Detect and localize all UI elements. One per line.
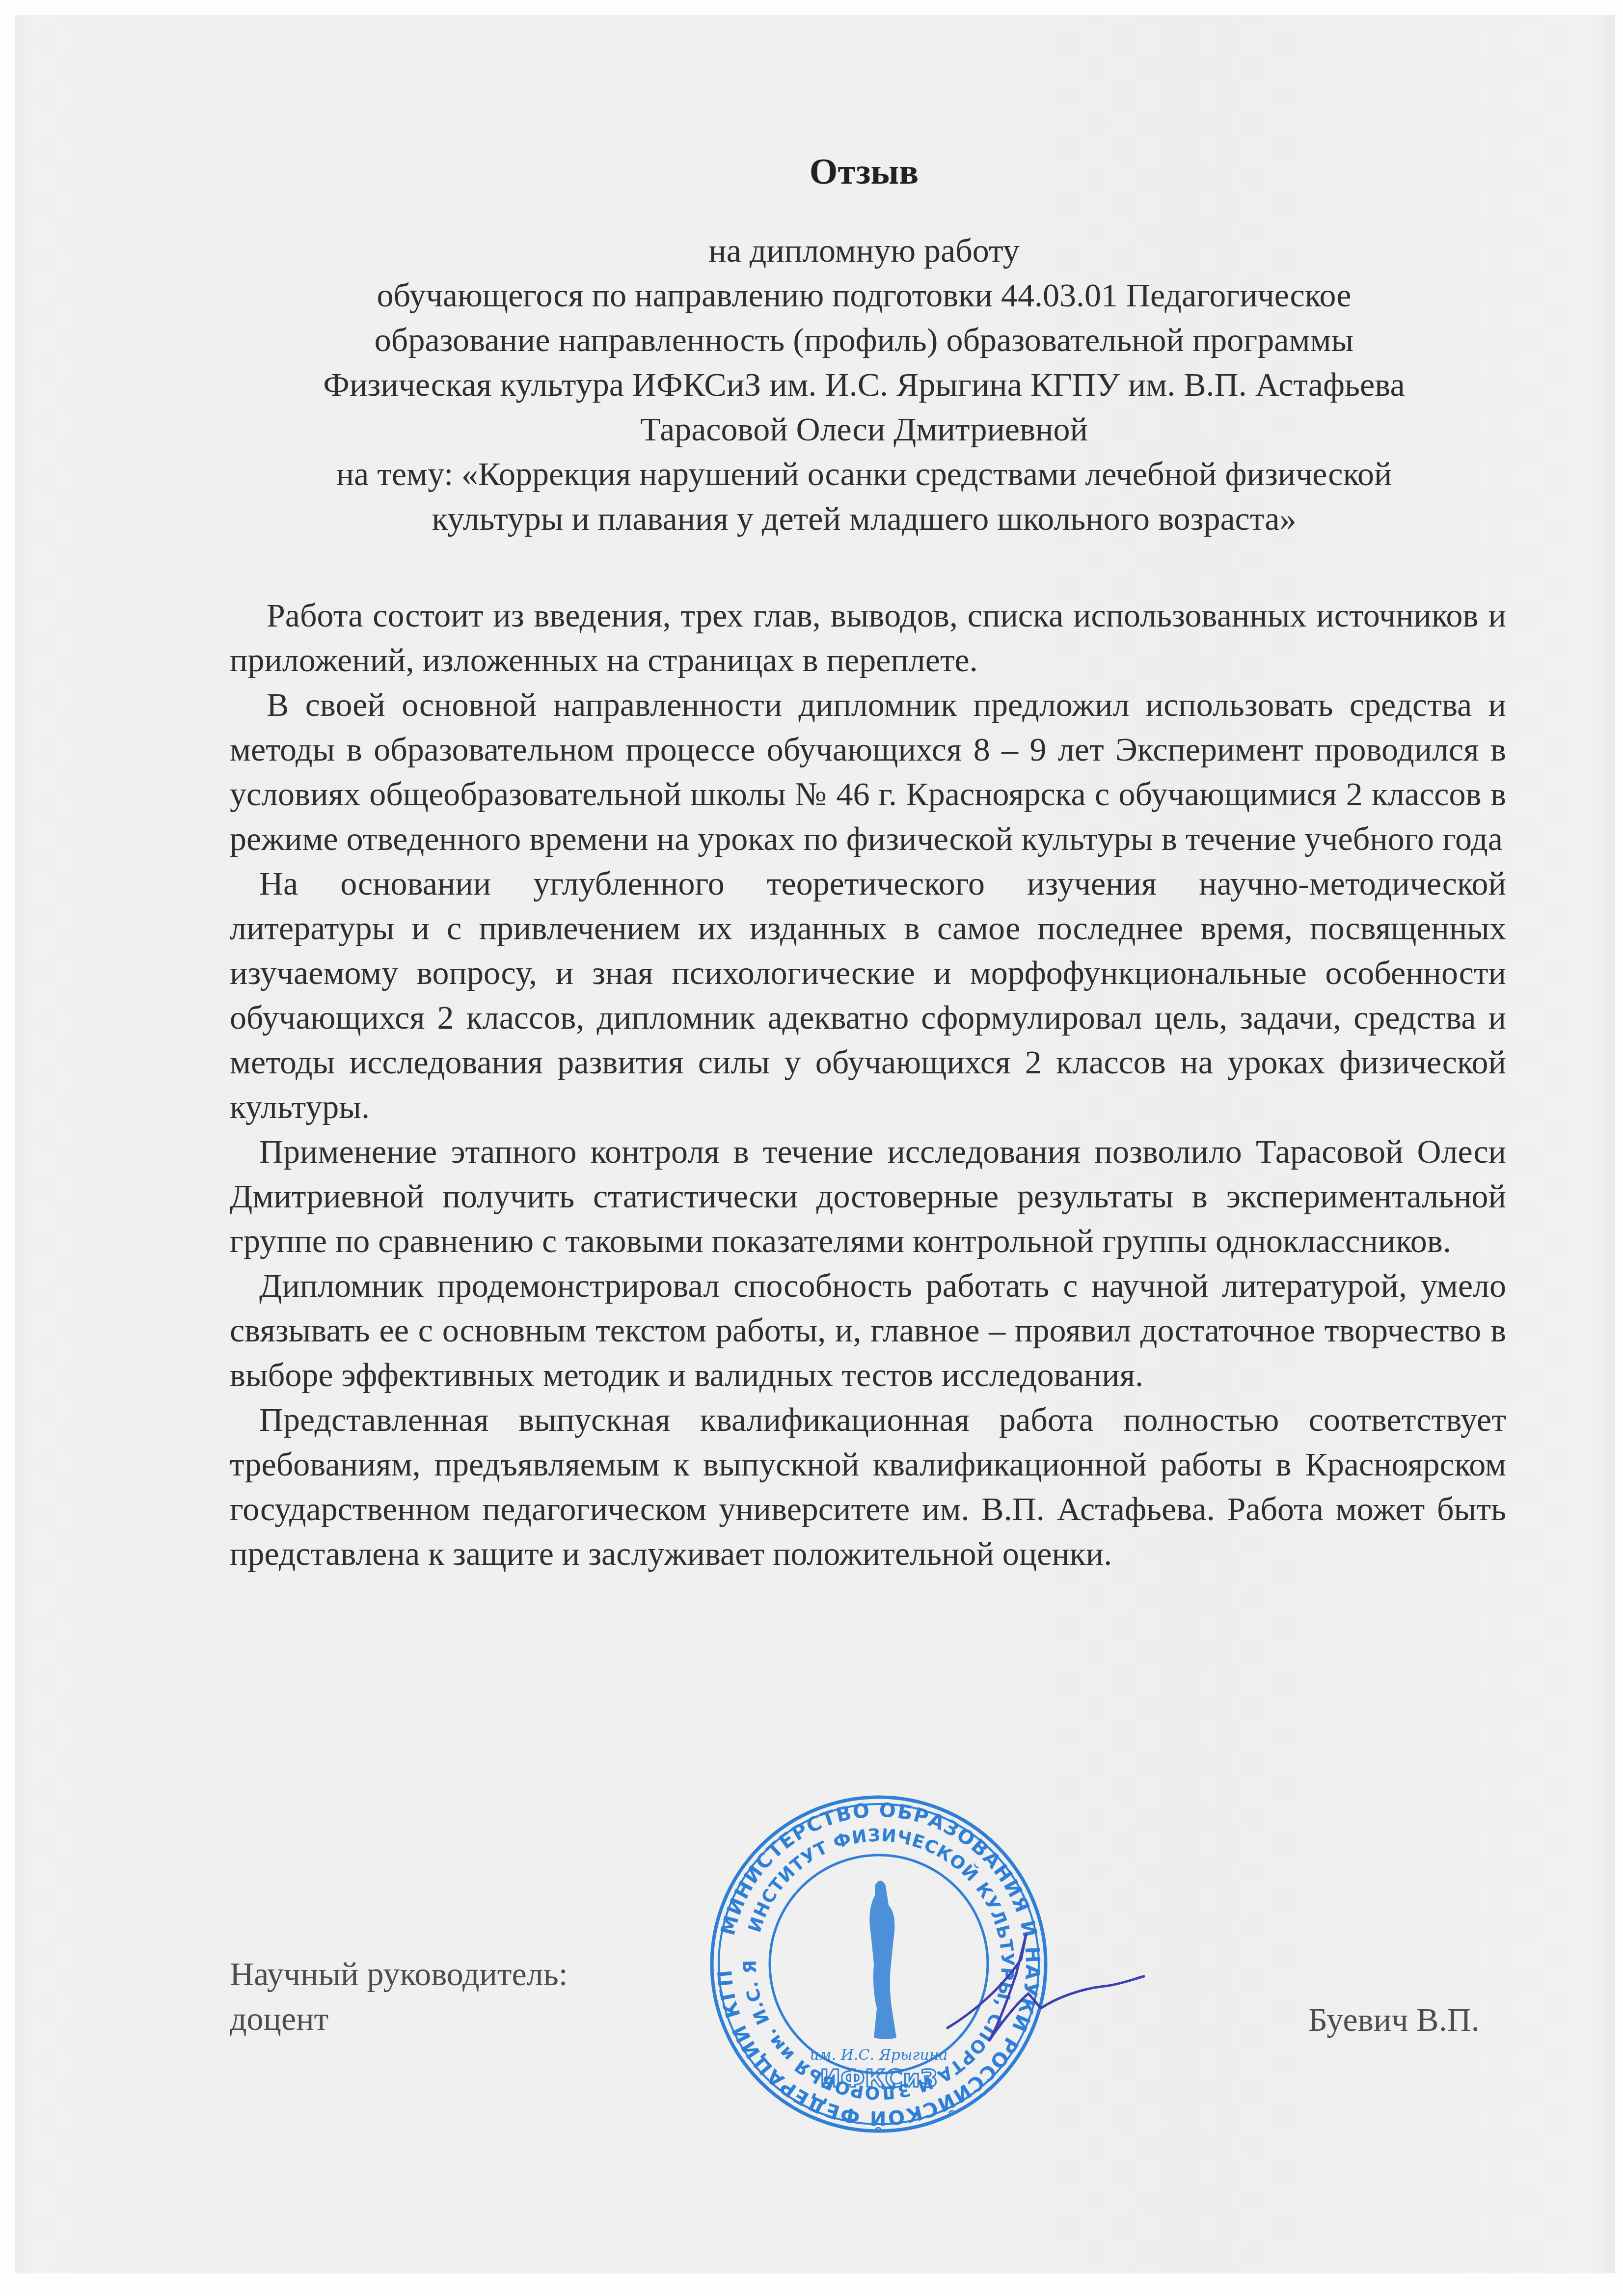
header-line: образование направленность (профиль) обр… — [211, 318, 1517, 362]
header-line: на дипломную работу — [211, 228, 1517, 273]
paragraph: Представленная выпускная квалификационна… — [230, 1397, 1506, 1576]
paragraph: В своей основной направленности дипломни… — [230, 683, 1506, 861]
student-name: Тарасовой Олеси Дмитриевной — [211, 407, 1517, 452]
review-body: Работа состоит из введения, трех глав, в… — [230, 593, 1506, 1576]
svg-text:ИФКСиЗ: ИФКСиЗ — [820, 2064, 938, 2093]
supervisor-role: Научный руководитель: доцент — [230, 1952, 568, 2041]
document-header: Отзыв на дипломную работу обучающегося п… — [211, 150, 1517, 541]
paragraph: Работа состоит из введения, трех глав, в… — [230, 593, 1506, 683]
thesis-topic-line: культуры и плавания у детей младшего шко… — [211, 496, 1517, 541]
thesis-topic-line: на тему: «Коррекция нарушений осанки сре… — [211, 452, 1517, 496]
svg-text:им. И.С. Ярыгина: им. И.С. Ярыгина — [810, 2047, 948, 2064]
paragraph: Применение этапного контроля в течение и… — [230, 1129, 1506, 1263]
paragraph: Дипломник продемонстрировал способность … — [230, 1263, 1506, 1397]
paragraph: На основании углубленного теоретического… — [230, 861, 1506, 1129]
header-line: Физическая культура ИФКСиЗ им. И.С. Ярыг… — [211, 362, 1517, 407]
supervisor-name: Буевич В.П. — [1308, 1997, 1480, 2042]
supervisor-rank: доцент — [230, 1996, 568, 2041]
handwritten-signature-icon — [943, 1930, 1149, 2057]
header-line: обучающегося по направлению подготовки 4… — [211, 273, 1517, 318]
supervisor-title: Научный руководитель: — [230, 1952, 568, 1996]
document-title: Отзыв — [211, 150, 1517, 194]
